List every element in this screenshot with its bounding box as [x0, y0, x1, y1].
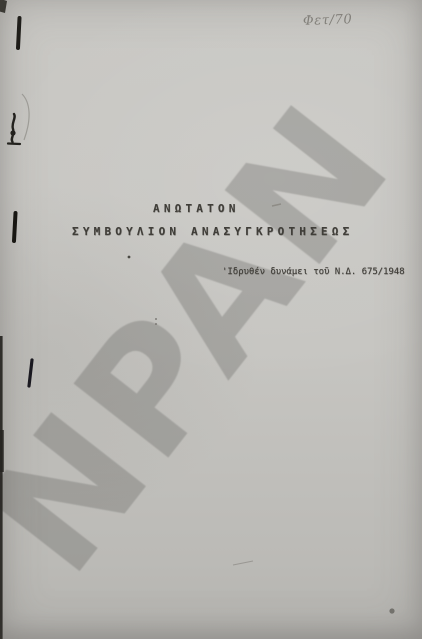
squiggle-mark — [12, 114, 15, 142]
squiggle-blob — [10, 130, 15, 135]
scratch-mark — [233, 561, 253, 565]
squiggle-crossbar — [8, 144, 20, 145]
binding-mark-middle — [14, 213, 16, 241]
archive-watermark: NPAN — [0, 77, 419, 599]
corner-ink-blob — [0, 0, 7, 13]
document-title-line2: ΣΥΜΒΟΥΛΙΟΝ ΑΝΑΣΥΓΚΡΟΤΗΣΕΩΣ — [72, 226, 353, 237]
handwritten-annotation: Φετ/70 — [303, 12, 353, 29]
bottom-right-speck — [389, 608, 394, 613]
founding-note: 'Ιδρυθέν δυνάμει τοῦ Ν.Δ. 675/1948 — [222, 268, 405, 277]
faint-pencil-arc — [22, 94, 29, 140]
binding-mark-top — [18, 18, 20, 48]
document-title-line1: ΑΝΩΤΑΤΟΝ — [153, 203, 240, 214]
scanned-document-page: NPAN Φετ/70 ΑΝΩΤΑΤΟΝ ΣΥΜΒΟΥΛΙΟΝ ΑΝΑΣΥΓΚΡ… — [0, 0, 422, 639]
